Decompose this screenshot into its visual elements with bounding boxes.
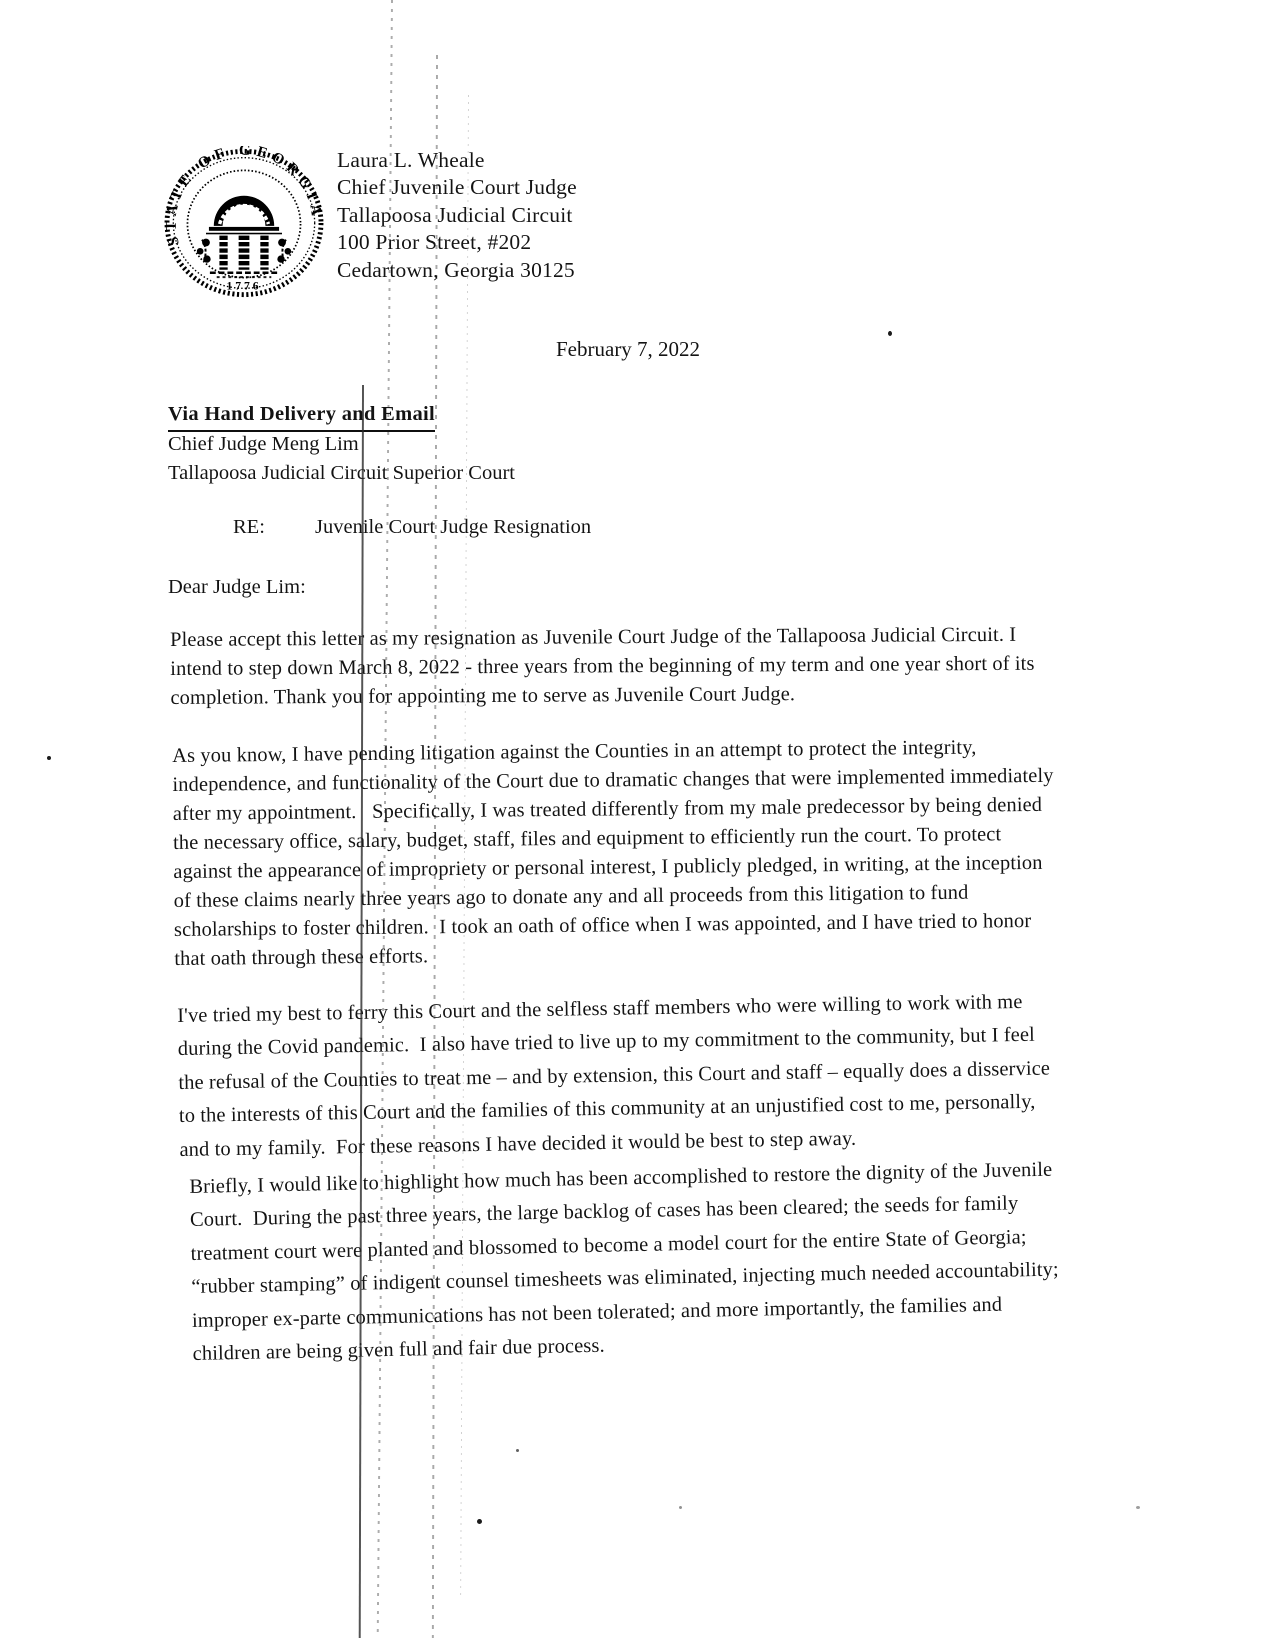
delivery-method-line: Via Hand Delivery and Email bbox=[168, 400, 435, 432]
reference-subject: Juvenile Court Judge Resignation bbox=[315, 516, 591, 538]
body-paragraph: Please accept this letter as my resignat… bbox=[170, 620, 1171, 713]
reference-line: RE:Juvenile Court Judge Resignation bbox=[233, 516, 591, 539]
state-seal-graphic: STATE OF GEORGIA 1776 bbox=[160, 146, 328, 300]
body-paragraph: As you know, I have pending litigation a… bbox=[172, 732, 1174, 974]
scan-speck bbox=[516, 1449, 519, 1452]
scan-speck bbox=[888, 331, 892, 336]
seal-arch bbox=[214, 196, 274, 226]
body-paragraph: Briefly, I would like to highlight how m… bbox=[189, 1151, 1193, 1371]
reference-label: RE: bbox=[233, 516, 315, 539]
salutation-line: Dear Judge Lim: bbox=[168, 576, 306, 599]
scan-speck bbox=[477, 1519, 482, 1524]
recipient-block: Chief Judge Meng Lim Tallapoosa Judicial… bbox=[168, 430, 515, 488]
delivery-method-block: Via Hand Delivery and Email bbox=[168, 400, 435, 432]
body-paragraph: I've tried my best to ferry this Court a… bbox=[177, 983, 1180, 1167]
letterhead-block: Laura L. Wheale Chief Juvenile Court Jud… bbox=[337, 147, 577, 284]
scan-speck bbox=[1136, 1506, 1140, 1509]
letter-page: STATE OF GEORGIA 1776 Laura L. Wh bbox=[0, 0, 1265, 1638]
seal-year: 1776 bbox=[226, 279, 261, 292]
scan-speck bbox=[679, 1506, 682, 1509]
scan-speck bbox=[47, 756, 51, 760]
georgia-state-seal: STATE OF GEORGIA 1776 bbox=[160, 146, 328, 300]
date-line: February 7, 2022 bbox=[556, 337, 700, 362]
